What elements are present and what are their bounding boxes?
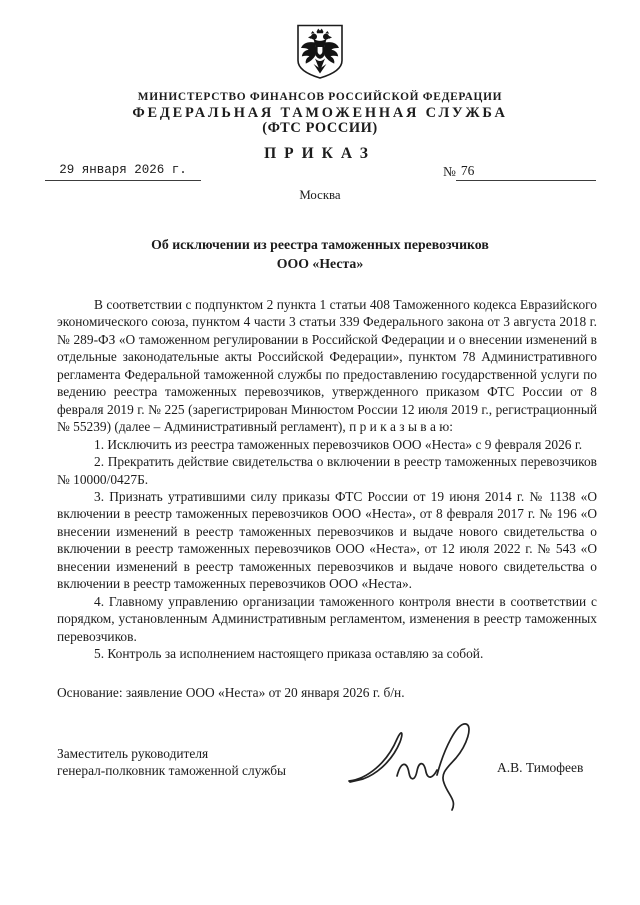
body-paragraph-item-4: 4. Главному управлению организации тамож…	[57, 593, 597, 645]
agency-line: ФЕДЕРАЛЬНАЯ ТАМОЖЕННАЯ СЛУЖБА	[0, 106, 640, 121]
number-sign: №	[443, 164, 456, 181]
document-title-line1: Об исключении из реестра таможенных пере…	[151, 237, 489, 252]
body-paragraph-item-1: 1. Исключить из реестра таможенных перев…	[57, 436, 597, 453]
agency-abbreviation: (ФТС РОССИИ)	[0, 121, 640, 136]
signer-position-line2: генерал-полковник таможенной службы	[57, 762, 286, 780]
handwritten-signature	[345, 717, 495, 812]
document-title-line2: ООО «Неста»	[277, 256, 363, 271]
document-number: 76	[456, 163, 596, 181]
body-paragraph-preamble: В соответствии с подпунктом 2 пункта 1 с…	[57, 296, 597, 436]
meta-row: 29 января 2026 г. № 76	[0, 163, 640, 184]
signer-name: А.В. Тимофеев	[497, 760, 583, 776]
signer-position: Заместитель руководителя генерал-полковн…	[57, 745, 286, 780]
document-date: 29 января 2026 г.	[45, 163, 201, 181]
document-title: Об исключении из реестра таможенных пере…	[60, 236, 580, 273]
document-header: МИНИСТЕРСТВО ФИНАНСОВ РОССИЙСКОЙ ФЕДЕРАЦ…	[0, 0, 640, 203]
document-city: Москва	[0, 188, 640, 203]
coat-of-arms-icon	[294, 23, 346, 81]
body-paragraph-item-5: 5. Контроль за исполнением настоящего пр…	[57, 645, 597, 662]
basis-line: Основание: заявление ООО «Неста» от 20 я…	[57, 684, 597, 701]
document-page: МИНИСТЕРСТВО ФИНАНСОВ РОССИЙСКОЙ ФЕДЕРАЦ…	[0, 0, 640, 905]
document-number-field: № 76	[443, 163, 596, 181]
signature-block: Заместитель руководителя генерал-полковн…	[0, 731, 640, 851]
body-paragraph-item-2: 2. Прекратить действие свидетельства о в…	[57, 453, 597, 488]
ministry-line: МИНИСТЕРСТВО ФИНАНСОВ РОССИЙСКОЙ ФЕДЕРАЦ…	[0, 91, 640, 104]
body-paragraph-item-3: 3. Признать утратившими силу приказы ФТС…	[57, 488, 597, 593]
document-body: В соответствии с подпунктом 2 пункта 1 с…	[57, 296, 597, 663]
signer-position-line1: Заместитель руководителя	[57, 745, 286, 763]
document-type-heading: ПРИКАЗ	[0, 145, 640, 162]
